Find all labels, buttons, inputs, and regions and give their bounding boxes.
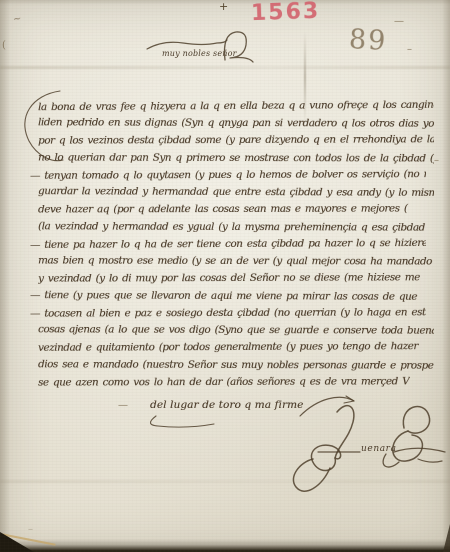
body-line: liden pedrido en sus dignas (Syn q qnyga…: [38, 116, 434, 132]
body-line: — tenyan tomado q lo quytasen (y pues q …: [30, 168, 426, 185]
body-line: no lo querian dar pan Syn q primero se m…: [38, 151, 434, 167]
signature-name: uenara: [361, 444, 397, 454]
address-script: muy nobles señor: [162, 49, 237, 58]
body-line: — tocasen al bien e paz e sosiego desta …: [30, 306, 426, 322]
body-line: la bona de vras fee q hizyera a la q en …: [38, 99, 434, 116]
signature-rubric-right: [383, 407, 445, 468]
dateline: del lugar de toro q ma firme: [150, 399, 303, 411]
fold-crease-lower: [0, 480, 450, 483]
top-cross-mark: +: [219, 0, 228, 13]
stray-mark: —: [118, 400, 128, 411]
body-line: y vezindad (y lo di muy por las cosas de…: [38, 271, 434, 287]
paper-edge-right: [442, 0, 450, 552]
manuscript-page: + 1563 89 muy nobles señor ~ — – – ( — –…: [0, 0, 450, 552]
body-line: dios sea e mandado (nuestro Señor sus mu…: [38, 358, 434, 374]
fold-crease-upper: [0, 66, 450, 69]
paper-edge-left: [0, 0, 10, 552]
body-line: — tiene (y pues que se llevaron de aqui …: [30, 289, 426, 306]
stray-mark: –: [28, 524, 33, 535]
stray-mark: –: [407, 44, 412, 55]
stray-mark: (: [2, 40, 6, 51]
body-line: deve hazer aq (por q adelante las cosas …: [38, 202, 434, 218]
body-line: cosas ajenas (a lo que se vos digo (Syno…: [38, 323, 434, 339]
body-line: por q los vezinos desta çibdad some (y p…: [38, 133, 434, 149]
body-line: guardar la vezindad y hermandad que entr…: [38, 185, 434, 202]
signature-rubric-left: [293, 406, 360, 492]
body-line: — tiene pa hazer lo q ha de ser tiene co…: [30, 237, 426, 254]
folio-number: 89: [348, 24, 388, 57]
body-line: mas bien q mostro ese medio (y se an de …: [38, 254, 434, 270]
body-line: (la vezindad y hermandad es ygual (y la …: [38, 220, 434, 236]
stray-mark: ~: [12, 13, 22, 25]
scan-edge-bottom: [0, 539, 450, 552]
body-line: vezindad e quitamiento (por todos genera…: [38, 340, 434, 357]
stray-mark: —: [394, 16, 404, 27]
stray-mark: –: [434, 155, 439, 166]
body-line: se que azen como vos lo han de dar (años…: [38, 375, 410, 391]
red-accession-stamp: 1563: [251, 0, 321, 26]
